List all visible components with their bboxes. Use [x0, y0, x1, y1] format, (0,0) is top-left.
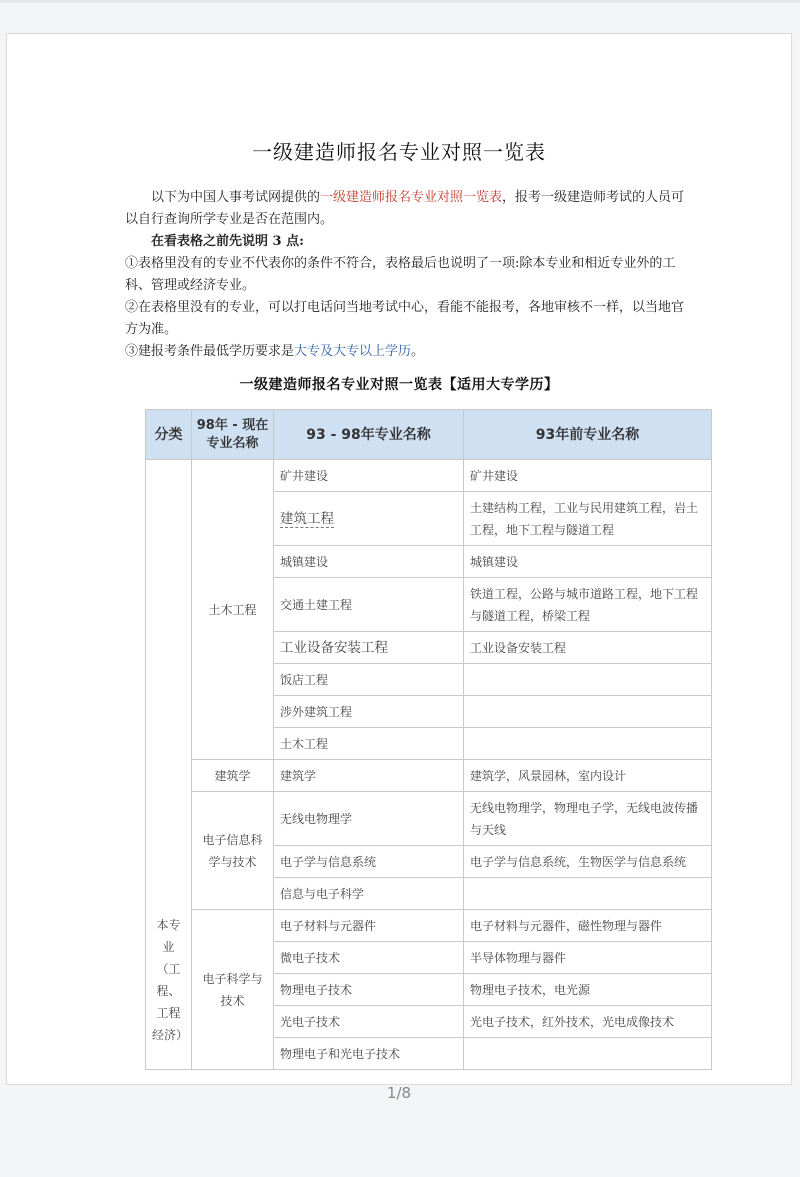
- intro-paragraph: 以下为中国人事考试网提供的一级建造师报名专业对照一览表，报考一级建造师考试的人员…: [125, 187, 687, 231]
- old-major-cell: 半导体物理与器件: [464, 942, 712, 974]
- note-3-end: 。: [411, 344, 424, 359]
- majors-table: 分类 98年 - 现在专业名称 93 - 98年专业名称 93年前专业名称 本专…: [145, 409, 712, 1070]
- mid-major-cell: 交通土建工程: [274, 578, 464, 632]
- mid-major-cell: 工业设备安装工程: [274, 632, 464, 664]
- mid-major-cell: 电子学与信息系统: [274, 846, 464, 878]
- old-major-cell: [464, 664, 712, 696]
- category-cell: 本专业（工程、工程经济）: [146, 460, 192, 1070]
- current-major-cell: 建筑学: [192, 760, 274, 792]
- header-category: 分类: [146, 410, 192, 460]
- mid-major-cell: 物理电子和光电子技术: [274, 1038, 464, 1070]
- mid-major-cell: 矿井建设: [274, 460, 464, 492]
- table-header-row: 分类 98年 - 现在专业名称 93 - 98年专业名称 93年前专业名称: [146, 410, 712, 460]
- table-link[interactable]: 一级建造师报名专业对照一览表: [320, 190, 502, 205]
- mid-major-cell: 城镇建设: [274, 546, 464, 578]
- old-major-cell: [464, 728, 712, 760]
- note-3-text: ③建报考条件最低学历要求是: [125, 344, 294, 359]
- old-major-cell: 电子学与信息系统，生物医学与信息系统: [464, 846, 712, 878]
- mid-major-cell: 饭店工程: [274, 664, 464, 696]
- viewer-top-bar: [0, 0, 800, 3]
- note-3: ③建报考条件最低学历要求是大专及大专以上学历。: [125, 341, 687, 363]
- old-major-cell: [464, 878, 712, 910]
- table-row: 电子信息科学与技术 无线电物理学 无线电物理学，物理电子学，无线电波传播与天线: [146, 792, 712, 846]
- current-major-cell: 电子科学与技术: [192, 910, 274, 1070]
- current-major-cell: 电子信息科学与技术: [192, 792, 274, 910]
- notes-heading: 在看表格之前先说明 3 点:: [125, 231, 687, 253]
- mid-major-cell: 土木工程: [274, 728, 464, 760]
- header-pre-93-name: 93年前专业名称: [464, 410, 712, 460]
- old-major-cell: 矿井建设: [464, 460, 712, 492]
- mid-major-cell: 无线电物理学: [274, 792, 464, 846]
- current-major-cell: 土木工程: [192, 460, 274, 760]
- mid-major-cell: 建筑学: [274, 760, 464, 792]
- mid-major-text: 建筑工程: [280, 511, 334, 528]
- mid-major-cell: 物理电子技术: [274, 974, 464, 1006]
- education-highlight: 大专及大专以上学历: [294, 344, 411, 359]
- old-major-cell: 土建结构工程，工业与民用建筑工程，岩土工程，地下工程与隧道工程: [464, 492, 712, 546]
- old-major-cell: 工业设备安装工程: [464, 632, 712, 664]
- note-2: ②在表格里没有的专业，可以打电话问当地考试中心，看能不能报考，各地审核不一样，以…: [125, 297, 687, 341]
- old-major-cell: 物理电子技术，电光源: [464, 974, 712, 1006]
- header-current-name: 98年 - 现在专业名称: [192, 410, 274, 460]
- old-major-cell: 光电子技术，红外技术，光电成像技术: [464, 1006, 712, 1038]
- intro-section: 以下为中国人事考试网提供的一级建造师报名专业对照一览表，报考一级建造师考试的人员…: [125, 187, 687, 363]
- mid-major-cell: 涉外建筑工程: [274, 696, 464, 728]
- intro-text: 以下为中国人事考试网提供的: [151, 190, 320, 205]
- mid-major-cell: 电子材料与元器件: [274, 910, 464, 942]
- header-93-98-name: 93 - 98年专业名称: [274, 410, 464, 460]
- table-row: 本专业（工程、工程经济） 土木工程 矿井建设 矿井建设: [146, 460, 712, 492]
- page-indicator: 1/8: [7, 1084, 791, 1102]
- old-major-cell: [464, 696, 712, 728]
- document-page: 一级建造师报名专业对照一览表 以下为中国人事考试网提供的一级建造师报名专业对照一…: [6, 33, 792, 1085]
- old-major-cell: 城镇建设: [464, 546, 712, 578]
- document-title: 一级建造师报名专业对照一览表: [7, 136, 791, 165]
- old-major-cell: 电子材料与元器件，磁性物理与器件: [464, 910, 712, 942]
- old-major-cell: [464, 1038, 712, 1070]
- mid-major-cell: 建筑工程: [274, 492, 464, 546]
- note-1: ①表格里没有的专业不代表你的条件不符合，表格最后也说明了一项:除本专业和相近专业…: [125, 253, 687, 297]
- mid-major-cell: 微电子技术: [274, 942, 464, 974]
- table-row: 建筑学 建筑学 建筑学，风景园林，室内设计: [146, 760, 712, 792]
- old-major-cell: 铁道工程，公路与城市道路工程，地下工程与隧道工程，桥梁工程: [464, 578, 712, 632]
- old-major-cell: 无线电物理学，物理电子学，无线电波传播与天线: [464, 792, 712, 846]
- category-label: 本专业（工程、工程经济）: [152, 914, 185, 1046]
- mid-major-cell: 光电子技术: [274, 1006, 464, 1038]
- table-title: 一级建造师报名专业对照一览表【适用大专学历】: [7, 374, 791, 394]
- old-major-cell: 建筑学，风景园林，室内设计: [464, 760, 712, 792]
- table-row: 电子科学与技术 电子材料与元器件 电子材料与元器件，磁性物理与器件: [146, 910, 712, 942]
- mid-major-cell: 信息与电子科学: [274, 878, 464, 910]
